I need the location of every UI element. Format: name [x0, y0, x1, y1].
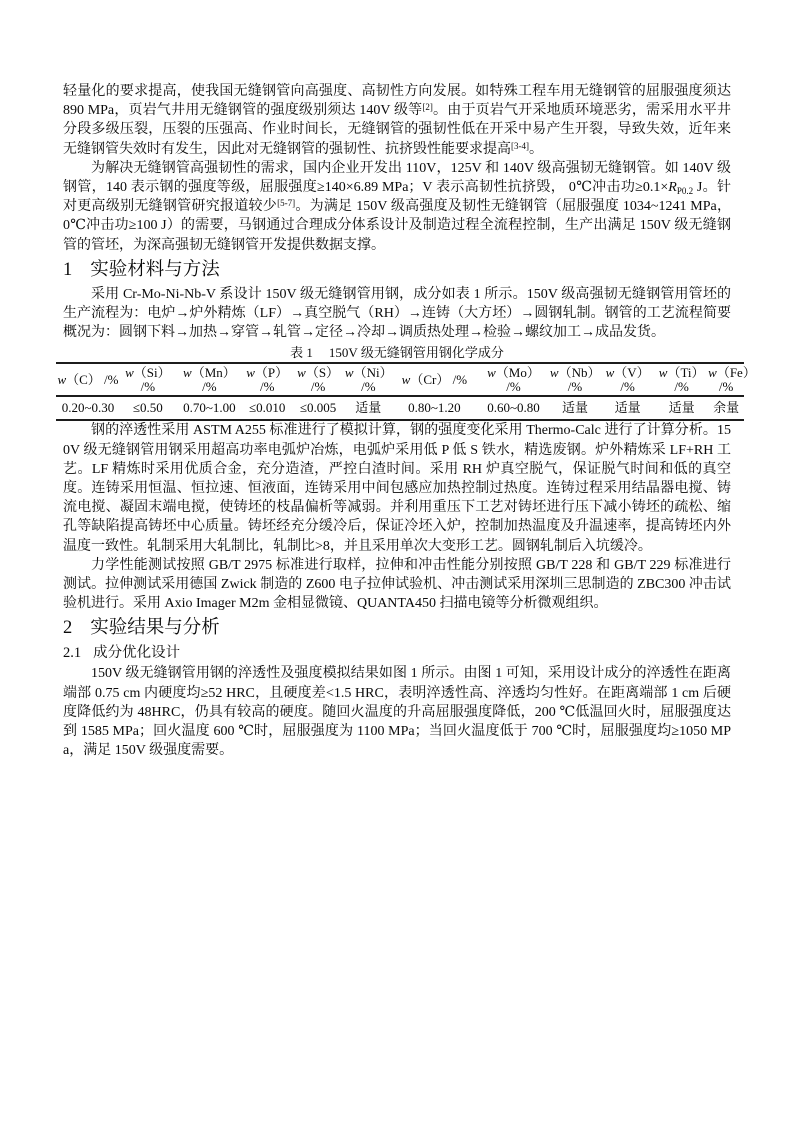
value-cell-cr: 0.80~1.20 [392, 396, 477, 420]
citation-superscript: [3-4] [511, 141, 529, 151]
value-cell-mn: 0.70~1.00 [176, 396, 243, 420]
table-header-row: w（C） /%w（Si）/%w（Mn）/%w（P）/%w（S）/%w（Ni）/%… [56, 363, 744, 396]
subsection-title: 成分优化设计 [93, 645, 180, 661]
section-number: 1 [63, 260, 72, 280]
chemical-composition-table: w（C） /%w（Si）/%w（Mn）/%w（P）/%w（S）/%w（Ni）/%… [56, 362, 744, 421]
paragraph-materials-method: 采用 Cr-Mo-Ni-Nb-V 系设计 150V 级无缝钢管用钢，成分如表 1… [63, 285, 731, 343]
table-caption-label: 表 1 [290, 345, 313, 360]
column-header-si: w（Si）/% [120, 363, 176, 396]
table-body: 0.20~0.30≤0.500.70~1.00≤0.010≤0.005适量0.8… [56, 396, 744, 420]
section-number: 2 [63, 618, 72, 638]
value-cell-mo: 0.60~0.80 [477, 396, 550, 420]
value-cell-v: 适量 [600, 396, 655, 420]
value-cell-p: ≤0.010 [243, 396, 291, 420]
value-cell-si: ≤0.50 [120, 396, 176, 420]
column-header-c: w（C） /% [56, 363, 120, 396]
column-header-s: w（S）/% [291, 363, 345, 396]
section-title: 实验材料与方法 [90, 260, 220, 280]
column-header-ni: w（Ni）/% [345, 363, 392, 396]
page-content: 轻量化的要求提高，使我国无缝钢管向高强度、高韧性方向发展。如特殊工程车用无缝钢管… [63, 82, 731, 760]
citation-superscript: [5-7] [277, 198, 295, 208]
value-cell-nb: 适量 [550, 396, 600, 420]
column-header-cr: w（Cr） /% [392, 363, 477, 396]
column-header-v: w（V）/% [600, 363, 655, 396]
subsection-heading-composition-design: 2.1成分优化设计 [63, 643, 731, 663]
column-header-p: w（P）/% [243, 363, 291, 396]
symbol-italic: R [668, 180, 677, 195]
column-header-fe: w（Fe）/% [708, 363, 744, 396]
table-value-row: 0.20~0.30≤0.500.70~1.00≤0.010≤0.005适量0.8… [56, 396, 744, 420]
paragraph-smelting-process: 钢的淬透性采用 ASTM A255 标准进行了模拟计算，钢的强度变化采用 The… [63, 421, 731, 555]
table-head: w（C） /%w（Si）/%w（Mn）/%w（P）/%w（S）/%w（Ni）/%… [56, 363, 744, 396]
section-title: 实验结果与分析 [90, 618, 220, 638]
section-heading-materials: 1实验材料与方法 [63, 258, 731, 282]
subsection-number: 2.1 [63, 645, 81, 661]
value-cell-fe: 余量 [708, 396, 744, 420]
paragraph-intro-continuation: 轻量化的要求提高，使我国无缝钢管向高强度、高韧性方向发展。如特殊工程车用无缝钢管… [63, 82, 731, 159]
column-header-mo: w（Mo）/% [477, 363, 550, 396]
section-heading-results: 2实验结果与分析 [63, 616, 731, 640]
paragraph-mechanical-testing: 力学性能测试按照 GB/T 2975 标准进行取样，拉伸和冲击性能分别按照 GB… [63, 556, 731, 614]
column-header-mn: w（Mn）/% [176, 363, 243, 396]
column-header-ti: w（Ti）/% [655, 363, 708, 396]
value-cell-s: ≤0.005 [291, 396, 345, 420]
document-page: 轻量化的要求提高，使我国无缝钢管向高强度、高韧性方向发展。如特殊工程车用无缝钢管… [0, 0, 793, 1122]
paragraph-150v-need: 为解决无缝钢管高强韧性的需求，国内企业开发出 110V，125V 和 140V … [63, 159, 731, 255]
table-caption: 表 1150V 级无缝钢管用钢化学成分 [63, 344, 731, 361]
paragraph-hardenability-results: 150V 级无缝钢管用钢的淬透性及强度模拟结果如图 1 所示。由图 1 可知，采… [63, 664, 731, 760]
value-cell-c: 0.20~0.30 [56, 396, 120, 420]
value-cell-ni: 适量 [345, 396, 392, 420]
value-cell-ti: 适量 [655, 396, 708, 420]
citation-superscript: [2] [422, 102, 433, 112]
table-caption-title: 150V 级无缝钢管用钢化学成分 [329, 345, 504, 360]
column-header-nb: w（Nb）/% [550, 363, 600, 396]
symbol-subscript: P0.2 [677, 186, 693, 196]
